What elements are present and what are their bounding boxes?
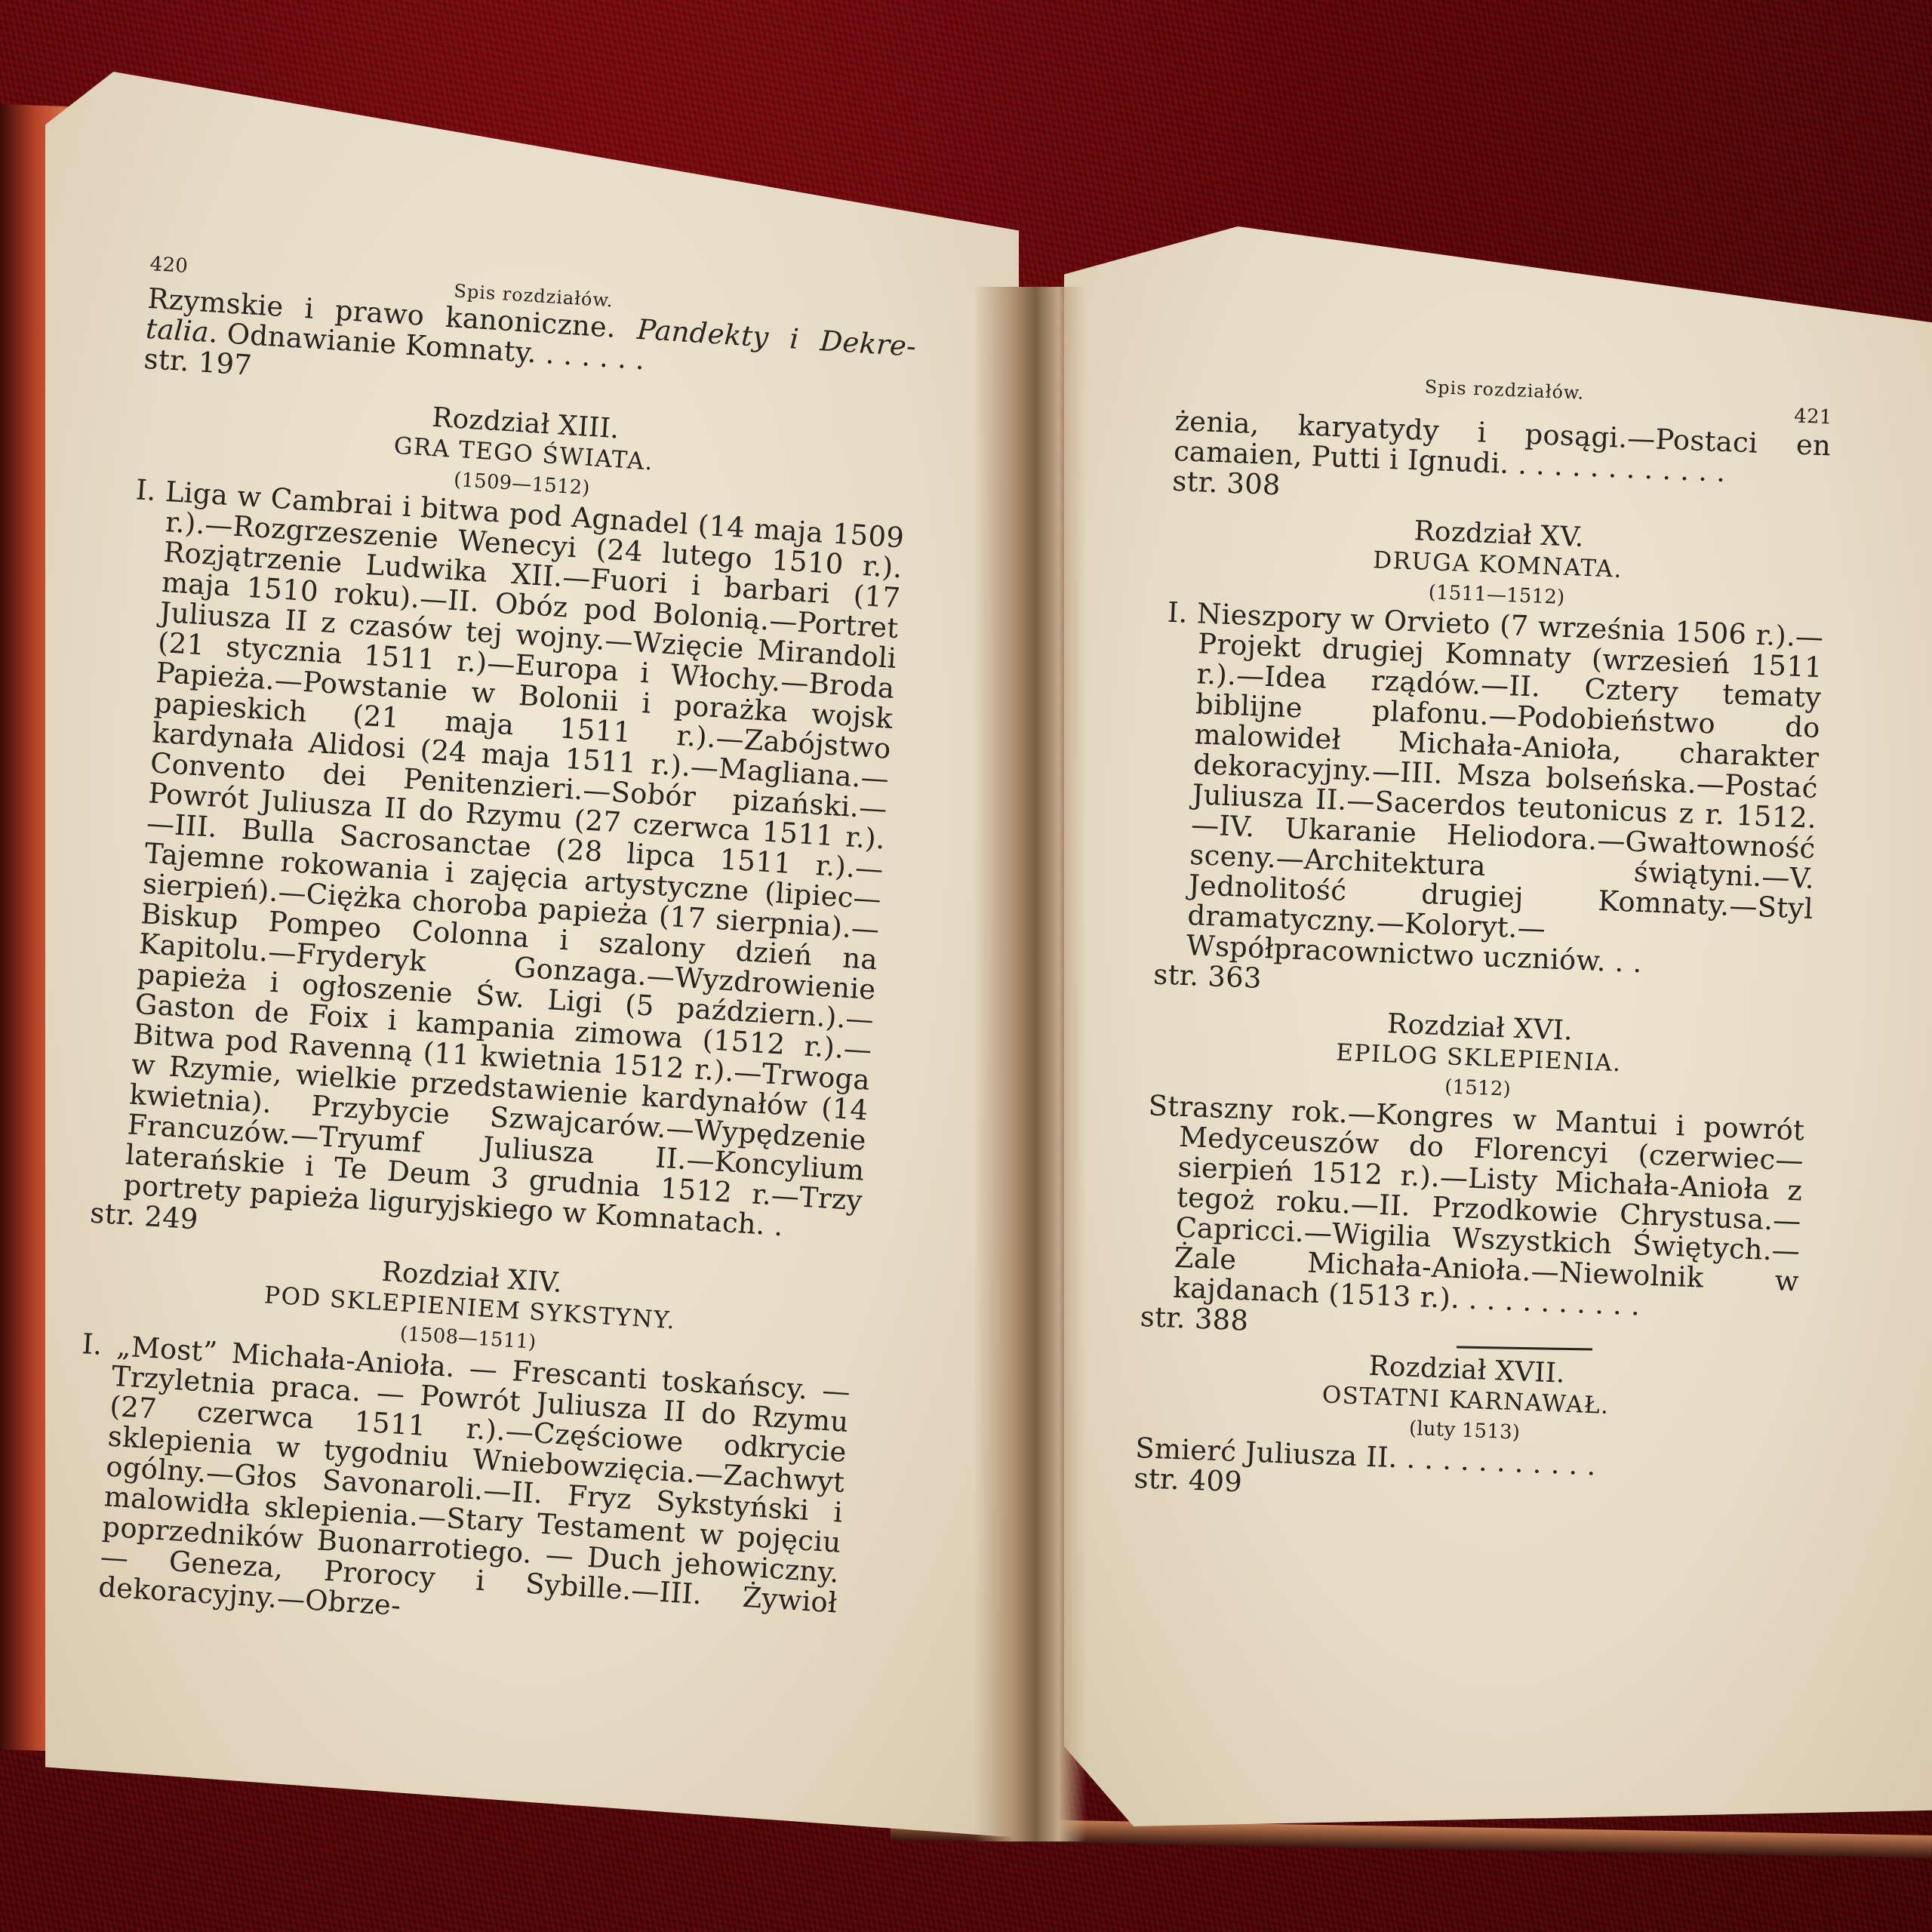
book-gutter bbox=[974, 287, 1087, 1841]
chapter-summary: I. Liga w Cambrai i bitwa pod Agnadel (1… bbox=[89, 475, 905, 1276]
chapter-summary: Straszny rok.—Kongres w Mantui i powrót … bbox=[1140, 1091, 1805, 1357]
page-number: 421 bbox=[1793, 401, 1832, 432]
chapter-summary: I. „Most” Michała-Anioła. — Frescanti to… bbox=[66, 1329, 851, 1648]
page-number: 420 bbox=[149, 249, 189, 281]
left-page-content: 420 Spis rozdziałów. Rzymskie i prawo ka… bbox=[66, 249, 919, 1649]
chapter-summary: I. Nieszpory w Orvieto (7 września 1506 … bbox=[1153, 598, 1824, 1015]
right-page-content: Spis rozdziałów. 421 żenia, karyatydy i … bbox=[1134, 355, 1833, 1518]
